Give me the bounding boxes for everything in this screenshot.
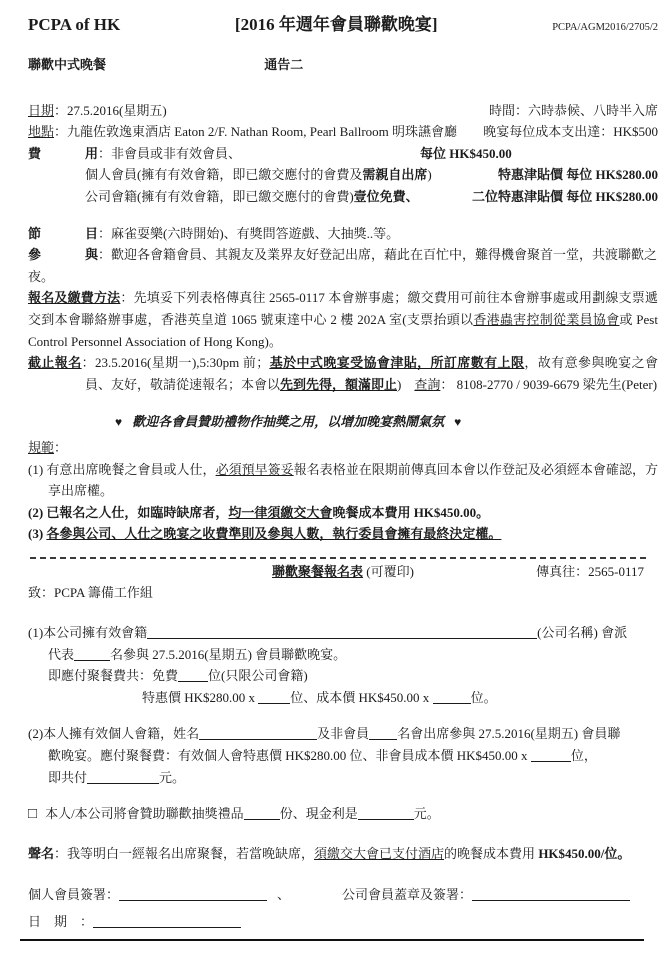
deadline-emphasis-1: 基於中式晚宴受協會津貼，所訂席數有上限 [269, 355, 524, 370]
blank-individual-signature [119, 887, 267, 901]
meal-type: 聯歡中式晚餐 [28, 57, 106, 72]
blank-total-amount [87, 770, 159, 784]
sponsor-banner: ♥歡迎各會員贊助禮物作抽獎之用，以增加晚宴熱鬧氣氛♥ [105, 411, 658, 434]
fee-label: 費用 [28, 143, 98, 165]
sponsor-checkbox[interactable]: □ [28, 806, 37, 822]
date-row: 日期：27.5.2016(星期五) 時間：六時恭候、八時半入席 [28, 100, 658, 122]
form-addressee: 致：PCPA 籌備工作組 [28, 582, 658, 604]
blank-discount-count [258, 690, 290, 704]
form-title: 聯歡聚餐報名表 [272, 564, 363, 579]
program-row: 節目：麻雀耍樂(六時開始)、有獎問答遊戲、大抽獎..等。 [28, 223, 658, 245]
delegate-count-line: 代表名參與 27.5.2016(星期五) 會員聯歡晚宴。 [28, 644, 658, 666]
bottom-rule [20, 939, 644, 941]
date-value: ：27.5.2016(星期五) [54, 103, 167, 118]
company-price-line: 特惠價 HK$280.00 x 位、成本價 HK$450.00 x 位。 [28, 687, 658, 709]
blank-nonmember-seats [531, 748, 571, 762]
rule-1: (1) 有意出席晚餐之會員或人仕，必須預早簽妥報名表格並在限期前傳真回本會以作登… [28, 459, 658, 502]
registration-paragraph: 報名及繳費方法：先填妥下列表格傳真往 2565-0117 本會辦事處；繳交費用可… [28, 287, 658, 352]
venue-value: ：九龍佐敦逸東酒店 Eaton 2/F. Nathan Room, Pearl … [54, 124, 457, 139]
event-details: 日期：27.5.2016(星期五) 時間：六時恭候、八時半入席 地點：九龍佐敦逸… [28, 100, 658, 288]
total-payment-line: 即共付元。 [28, 767, 658, 789]
company-signature-label: 公司會員蓋章及簽署： [342, 887, 472, 902]
participation-label: 參與 [28, 244, 98, 266]
subheader: 聯歡中式晚餐 通告二 [28, 54, 658, 76]
cut-line-divider [30, 557, 646, 559]
blank-gift-count [244, 806, 280, 820]
fee-corporate-price: 二位特惠津貼價 每位 HK$280.00 [472, 186, 658, 208]
date-field-label: 日 期 ： [28, 914, 93, 929]
blank-member-name [199, 726, 317, 740]
venue-line: 地點：九龍佐敦逸東酒店 Eaton 2/F. Nathan Room, Pear… [28, 121, 457, 143]
individual-signature-label: 個人會員簽署： [28, 887, 119, 902]
rule-3: (3) 各參與公司、人仕之晚宴之收費準則及參與人數，執行委員會擁有最終決定權。 [28, 523, 658, 545]
fee-individual-price: 特惠津貼價 每位 HK$280.00 [498, 164, 658, 186]
individual-membership-line: (2)本人擁有效個人會籍，姓名及非會員名會出席參與 27.5.2016(星期五)… [28, 723, 658, 745]
declaration-paragraph: 聲名：我等明白一經報名出席聚餐，若當晚缺席，須繳交大會已支付酒店的晚餐成本費用 … [28, 843, 658, 865]
fee-row-individual: 個人會員(擁有有效會籍，即已繳交應付的會費及需親自出席) 特惠津貼價 每位 HK… [28, 164, 658, 186]
rules-title: 規範： [28, 437, 658, 459]
deadline-paragraph: 截止報名：23.5.2016(星期一),5:30pm 前；基於中式晚宴受協會津貼… [28, 352, 658, 395]
date-signature-row: 日 期 ： [28, 911, 658, 933]
rule-2: (2) 已報名之人仕，如臨時缺席者，均一律須繳交大會晚餐成本費用 HK$450.… [28, 502, 658, 524]
blank-free-count [178, 668, 208, 682]
fee-corporate-text: 公司會籍(擁有有效會籍，即已繳交應付的會費)壹位免費、 [85, 186, 419, 208]
fax-number: 傳真往：2565-0117 [536, 561, 644, 583]
org-name: PCPA of HK [28, 12, 120, 38]
program-label: 節目 [28, 223, 98, 245]
enquiry-contacts: ： 8108-2770 / 9039-6679 梁先生(Peter) [440, 377, 657, 392]
blank-nonmember-count [369, 726, 397, 740]
fee-individual-text: 個人會員(擁有有效會籍，即已繳交應付的會費及需親自出席) [85, 164, 432, 186]
document-page: PCPA of HK [2016 年週年會員聯歡晚宴] PCPA/AGM2016… [0, 0, 670, 957]
individual-price-line: 歡晚宴。應付聚餐費：有效個人會特惠價 HK$280.00 位、非會員成本價 HK… [28, 745, 658, 767]
time-value: 時間：六時恭候、八時半入席 [489, 100, 658, 122]
participation-text: ：歡迎各會籍會員、其親友及業界友好登記出席，藉此在百忙中，難得機會聚首一堂，共渡… [28, 247, 657, 284]
cost-note: 晚宴每位成本支出達：HK$500 [483, 121, 658, 143]
registration-label: 報名及繳費方法 [28, 290, 120, 305]
notice-number: 通告二 [264, 57, 303, 72]
deadline-emphasis-2: 先到先得，額滿即止 [280, 377, 397, 392]
fee-row-corporate: 公司會籍(擁有有效會籍，即已繳交應付的會費)壹位免費、 二位特惠津貼價 每位 H… [28, 186, 658, 208]
enquiry-label: 查詢 [414, 377, 440, 392]
venue-row: 地點：九龍佐敦逸東酒店 Eaton 2/F. Nathan Room, Pear… [28, 121, 658, 143]
venue-label: 地點 [28, 124, 54, 139]
blank-delegate-count [74, 647, 110, 661]
form-title-suffix: (可覆印) [363, 564, 414, 579]
date-line: 日期：27.5.2016(星期五) [28, 100, 167, 122]
form-title-row: 聯歡聚餐報名表 (可覆印) 傳真往：2565-0117 [28, 561, 658, 583]
blank-company-signature [472, 887, 630, 901]
association-name: 香港蟲害控制從業員協會 [473, 312, 619, 327]
date-label: 日期 [28, 103, 54, 118]
heart-icon: ♥ [105, 415, 132, 429]
deadline-text-3: ) [397, 377, 414, 392]
page-title: [2016 年週年會員聯歡晚宴] [235, 12, 438, 38]
reference-code: PCPA/AGM2016/2705/2 [552, 19, 658, 37]
blank-cash-amount [358, 806, 414, 820]
participation-row: 參與：歡迎各會籍會員、其親友及業界友好登記出席，藉此在百忙中，難得機會聚首一堂，… [28, 244, 658, 287]
declaration-label: 聲名 [28, 846, 54, 861]
signature-row: 個人會員簽署：、公司會員蓋章及簽署： [28, 884, 658, 906]
form-section-2: (2)本人擁有效個人會籍，姓名及非會員名會出席參與 27.5.2016(星期五)… [28, 723, 658, 788]
blank-date [93, 914, 241, 928]
program-text: ：麻雀耍樂(六時開始)、有獎問答遊戲、大抽獎..等。 [98, 226, 399, 241]
heart-icon: ♥ [444, 415, 471, 429]
fee-row-nonmember: 費用：非會員或非有效會員、 每位 HK$450.00 [28, 143, 658, 165]
deadline-label: 截止報名 [28, 355, 82, 370]
form-section-1: (1)本公司擁有效會籍(公司名稱) 會派 代表名參與 27.5.2016(星期五… [28, 622, 658, 708]
deadline-text-1: ：23.5.2016(星期一),5:30pm 前； [82, 355, 270, 370]
blank-company-name [147, 625, 537, 639]
header: PCPA of HK [2016 年週年會員聯歡晚宴] PCPA/AGM2016… [28, 12, 658, 38]
fee-nonmember-price: 每位 HK$450.00 [420, 143, 512, 165]
sponsor-checkbox-line: □本人/本公司將會贊助聯歡抽獎禮品份、現金利是元。 [28, 803, 658, 826]
company-membership-line: (1)本公司擁有效會籍(公司名稱) 會派 [28, 622, 658, 644]
blank-cost-count [433, 690, 471, 704]
free-seat-line: 即應付聚餐費共：免費位(只限公司會籍) [28, 665, 658, 687]
rules-section: 規範： (1) 有意出席晚餐之會員或人仕，必須預早簽妥報名表格並在限期前傳真回本… [28, 437, 658, 545]
sponsor-banner-text: 歡迎各會員贊助禮物作抽獎之用，以增加晚宴熱鬧氣氛 [132, 414, 444, 429]
fee-nonmember-text: ：非會員或非有效會員、 [98, 146, 241, 161]
signature-separator: 、 [277, 887, 290, 902]
